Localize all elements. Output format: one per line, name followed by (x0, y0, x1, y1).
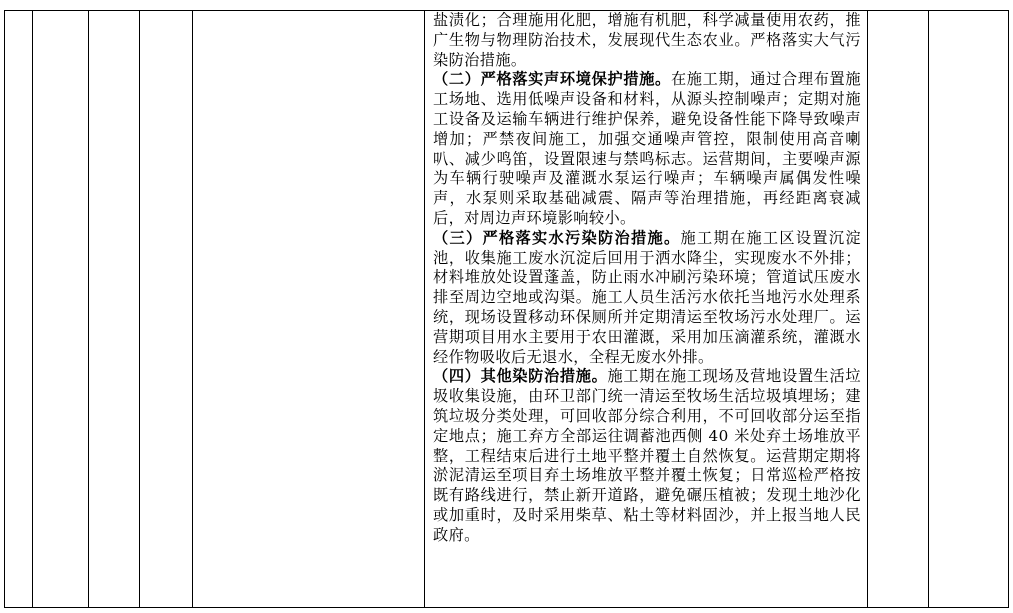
noise-measures-body: 在施工期，通过合理布置施工场地、选用低噪声设备和材料，从源头控制噪声；定期对施工… (433, 70, 861, 227)
empty-cell-2 (33, 11, 89, 608)
intro-paragraph: 盐渍化；合理施用化肥，增施有机肥，科学减量使用农药，推广生物与物理防治技术，发展… (433, 11, 861, 70)
document-table: 盐渍化；合理施用化肥，增施有机肥，科学减量使用农药，推广生物与物理防治技术，发展… (4, 10, 1009, 608)
other-measures-body: 施工期在施工现场及营地设置生活垃圾收集设施，由环卫部门统一清运至牧场生活垃圾填埋… (433, 367, 861, 543)
empty-cell-5 (193, 11, 425, 608)
empty-cell-7 (868, 11, 929, 608)
noise-measures-paragraph: （二）严格落实声环境保护措施。在施工期，通过合理布置施工场地、选用低噪声设备和材… (433, 70, 861, 228)
empty-cell-3 (89, 11, 140, 608)
other-measures-heading: （四）其他染防治措施。 (433, 367, 607, 385)
table-row: 盐渍化；合理施用化肥，增施有机肥，科学减量使用农药，推广生物与物理防治技术，发展… (5, 11, 1009, 608)
water-measures-paragraph: （三）严格落实水污染防治措施。施工期在施工区设置沉淀池，收集施工废水沉淀后回用于… (433, 229, 861, 368)
other-measures-paragraph: （四）其他染防治措施。施工期在施工现场及营地设置生活垃圾收集设施，由环卫部门统一… (433, 367, 861, 545)
water-measures-heading: （三）严格落实水污染防治措施。 (433, 229, 680, 247)
empty-cell-4 (140, 11, 193, 608)
measures-content-cell: 盐渍化；合理施用化肥，增施有机肥，科学减量使用农药，推广生物与物理防治技术，发展… (425, 11, 868, 608)
empty-cell-1 (5, 11, 33, 608)
noise-measures-heading: （二）严格落实声环境保护措施。 (433, 70, 671, 88)
empty-cell-8 (929, 11, 1009, 608)
water-measures-body: 施工期在施工区设置沉淀池，收集施工废水沉淀后回用于洒水降尘，实现废水不外排；材料… (433, 229, 861, 366)
